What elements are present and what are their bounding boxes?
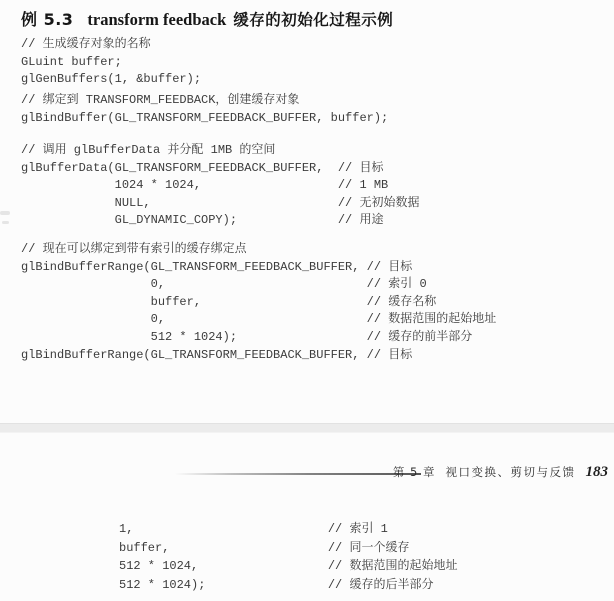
page-break-band — [0, 423, 614, 433]
example-number: 例 5.3 — [21, 7, 73, 30]
code-block-bind-buffer-range-continued: 1, // 索引 1 buffer, // 同一个缓存 512 * 1024, … — [119, 520, 457, 594]
page-number: 183 — [586, 464, 609, 481]
code-block-gen-buffers: // 生成缓存对象的名称 GLuint buffer; glGenBuffers… — [21, 36, 201, 89]
scan-artifact — [2, 221, 9, 224]
code-line: GL_DYNAMIC_COPY); // 用途 — [21, 212, 419, 230]
code-line: buffer, // 同一个缓存 — [119, 539, 457, 558]
code-line: 1024 * 1024, // 1 MB — [21, 177, 419, 195]
code-line: 512 * 1024, // 数据范围的起始地址 — [119, 557, 457, 576]
code-block-bind-buffer-range: // 现在可以绑定到带有索引的缓存绑定点 glBindBufferRange(G… — [21, 241, 496, 364]
code-line: glBindBuffer(GL_TRANSFORM_FEEDBACK_BUFFE… — [21, 110, 388, 128]
header-rule — [175, 473, 421, 475]
code-line: glBindBufferRange(GL_TRANSFORM_FEEDBACK_… — [21, 347, 496, 365]
code-line: 0, // 数据范围的起始地址 — [21, 311, 496, 329]
chapter-number: 第 5 章 — [393, 464, 436, 480]
example-title-suffix: 缓存的初始化过程示例 — [233, 8, 393, 30]
chapter-section-title: 视口变换、剪切与反馈 — [446, 464, 576, 480]
code-line: // 调用 glBufferData 并分配 1MB 的空间 — [21, 142, 419, 160]
code-line: glGenBuffers(1, &buffer); — [21, 71, 201, 89]
code-line: glBufferData(GL_TRANSFORM_FEEDBACK_BUFFE… — [21, 160, 419, 178]
code-line: 512 * 1024); // 缓存的后半部分 — [119, 576, 457, 595]
code-line: 0, // 索引 0 — [21, 276, 496, 294]
example-title-latin: transform feedback — [87, 10, 226, 30]
code-line: buffer, // 缓存名称 — [21, 294, 496, 312]
code-line: glBindBufferRange(GL_TRANSFORM_FEEDBACK_… — [21, 259, 496, 277]
scan-artifact — [0, 211, 10, 215]
example-title: 例 5.3 transform feedback 缓存的初始化过程示例 — [21, 7, 393, 30]
code-block-bind-buffer: // 绑定到 TRANSFORM_FEEDBACK，创建缓存对象 glBindB… — [21, 92, 388, 127]
code-line: 1, // 索引 1 — [119, 520, 457, 539]
code-line: // 生成缓存对象的名称 — [21, 36, 201, 54]
code-line: // 绑定到 TRANSFORM_FEEDBACK，创建缓存对象 — [21, 92, 388, 110]
chapter-header: 第 5 章 视口变换、剪切与反馈 183 — [393, 464, 608, 481]
scanned-book-page: 例 5.3 transform feedback 缓存的初始化过程示例 // 生… — [0, 0, 614, 601]
code-line: // 现在可以绑定到带有索引的缓存绑定点 — [21, 241, 496, 259]
code-line: GLuint buffer; — [21, 54, 201, 72]
code-block-buffer-data: // 调用 glBufferData 并分配 1MB 的空间 glBufferD… — [21, 142, 419, 230]
code-line: NULL, // 无初始数据 — [21, 195, 419, 213]
code-line: 512 * 1024); // 缓存的前半部分 — [21, 329, 496, 347]
